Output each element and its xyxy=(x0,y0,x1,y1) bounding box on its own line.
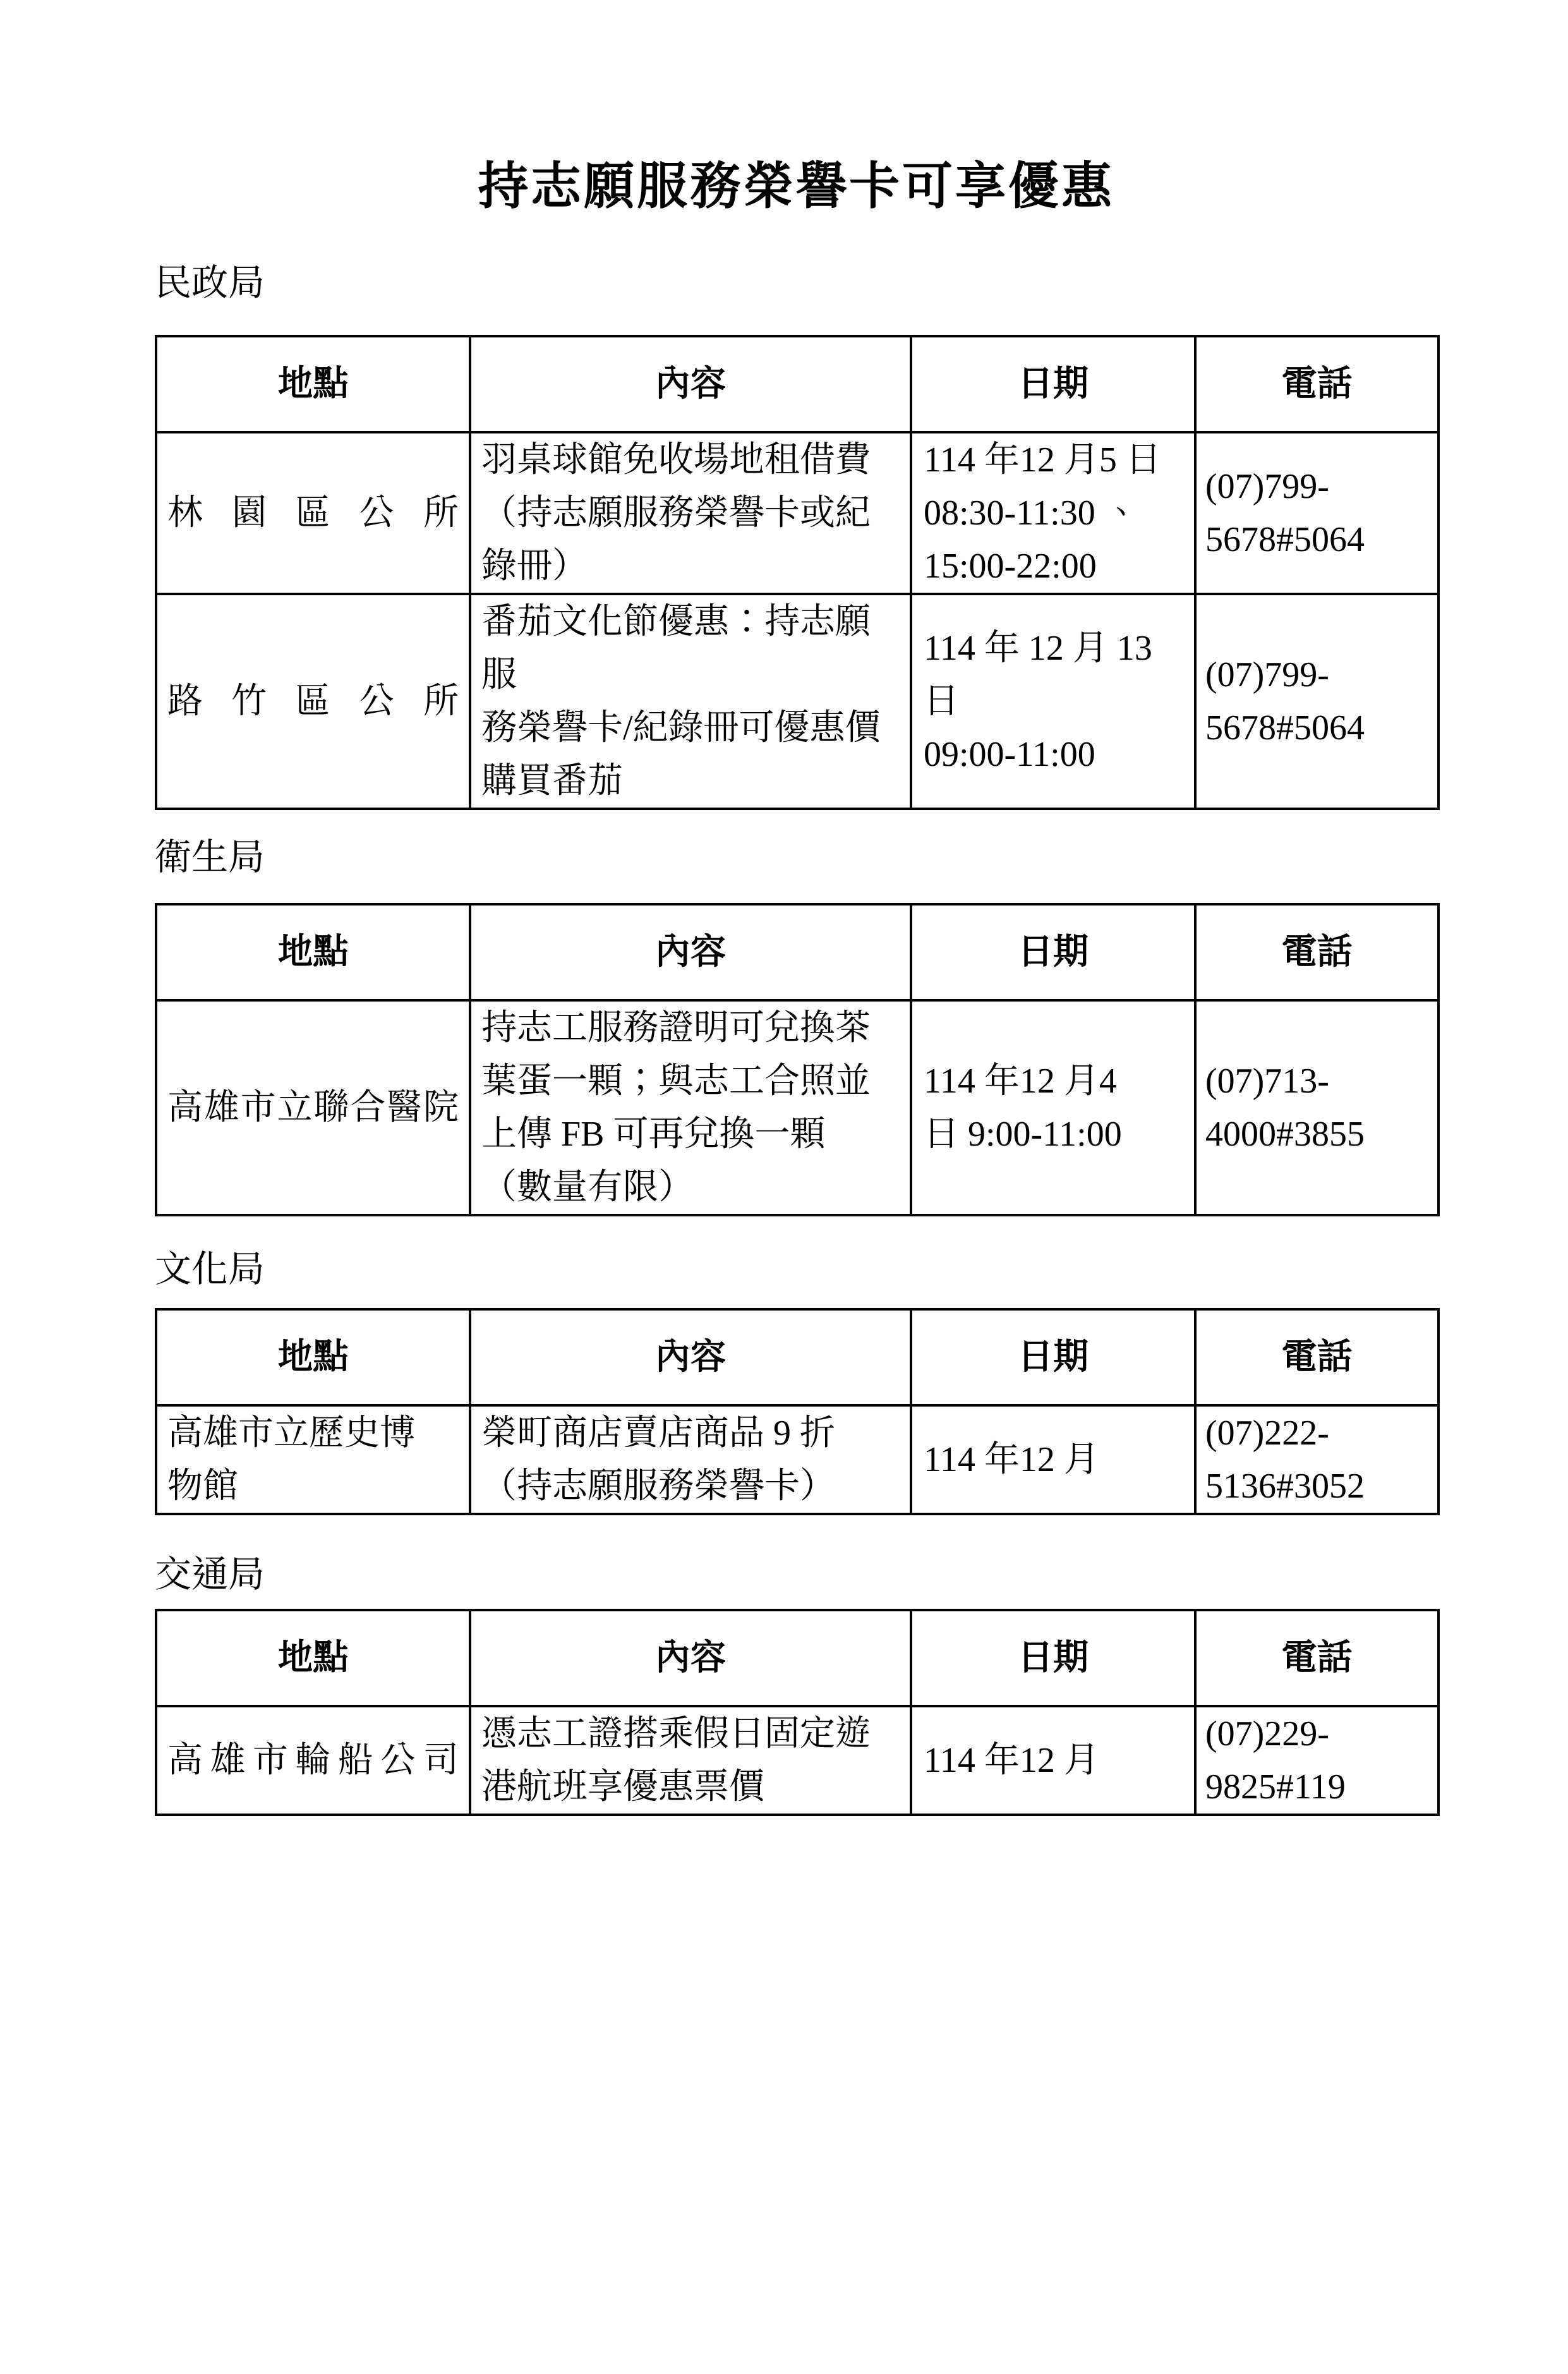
content-cell: 榮町商店賣店商品 9 折 （持志願服務榮譽卡） xyxy=(470,1405,911,1514)
content-cell: 羽桌球館免收場地租借費 （持志願服務榮譽卡或紀 錄冊） xyxy=(470,432,911,594)
column-header-content: 內容 xyxy=(470,1309,911,1405)
column-header-date: 日期 xyxy=(911,904,1195,1000)
section-label-civil-affairs: 民政局 xyxy=(155,257,1437,310)
date-cell: 114 年12 月 xyxy=(911,1405,1195,1514)
content-cell: 憑志工證搭乘假日固定遊 港航班享優惠票價 xyxy=(470,1706,911,1815)
location-cell: 高雄市輪船公司 xyxy=(156,1706,470,1815)
column-header-content: 內容 xyxy=(470,904,911,1000)
column-header-phone: 電話 xyxy=(1195,904,1438,1000)
date-cell: 114 年12 月 xyxy=(911,1706,1195,1815)
section-label-culture: 文化局 xyxy=(155,1243,1437,1296)
location-cell: 林 園 區 公 所 xyxy=(156,432,470,594)
content-cell: 番茄文化節優惠：持志願服 務榮譽卡/紀錄冊可優惠價 購買番茄 xyxy=(470,594,911,809)
table-header-row: 地點 內容 日期 電話 xyxy=(156,904,1438,1000)
table-row: 路 竹 區 公 所 番茄文化節優惠：持志願服 務榮譽卡/紀錄冊可優惠價 購買番茄… xyxy=(156,594,1438,809)
content-cell: 持志工服務證明可兌換茶 葉蛋一顆；與志工合照並 上傳 FB 可再兌換一顆 （數量… xyxy=(470,1000,911,1215)
date-cell: 114 年12 月5 日 08:30-11:30 、 15:00-22:00 xyxy=(911,432,1195,594)
benefits-table-transportation: 地點 內容 日期 電話 高雄市輪船公司 憑志工證搭乘假日固定遊 港航班享優惠票價… xyxy=(155,1609,1440,1816)
location-cell: 路 竹 區 公 所 xyxy=(156,594,470,809)
location-cell: 高雄市立聯合醫院 xyxy=(156,1000,470,1215)
table-row: 高雄市輪船公司 憑志工證搭乘假日固定遊 港航班享優惠票價 114 年12 月 (… xyxy=(156,1706,1438,1815)
column-header-content: 內容 xyxy=(470,1610,911,1706)
column-header-phone: 電話 xyxy=(1195,336,1438,432)
column-header-location: 地點 xyxy=(156,1610,470,1706)
date-cell: 114 年 12 月 13 日 09:00-11:00 xyxy=(911,594,1195,809)
column-header-location: 地點 xyxy=(156,336,470,432)
column-header-date: 日期 xyxy=(911,336,1195,432)
phone-cell: (07)229- 9825#119 xyxy=(1195,1706,1438,1815)
table-header-row: 地點 內容 日期 電話 xyxy=(156,1309,1438,1405)
table-row: 林 園 區 公 所 羽桌球館免收場地租借費 （持志願服務榮譽卡或紀 錄冊） 11… xyxy=(156,432,1438,594)
phone-cell: (07)799- 5678#5064 xyxy=(1195,432,1438,594)
page-content: 持志願服務榮譽卡可享優惠 民政局 地點 內容 日期 電話 林 園 區 公 所 羽… xyxy=(155,157,1437,1816)
table-header-row: 地點 內容 日期 電話 xyxy=(156,336,1438,432)
section-label-transportation: 交通局 xyxy=(155,1548,1437,1601)
column-header-content: 內容 xyxy=(470,336,911,432)
column-header-location: 地點 xyxy=(156,1309,470,1405)
column-header-phone: 電話 xyxy=(1195,1309,1438,1405)
section-label-health: 衛生局 xyxy=(155,831,1437,884)
page-title: 持志願服務榮譽卡可享優惠 xyxy=(155,157,1437,217)
phone-cell: (07)713- 4000#3855 xyxy=(1195,1000,1438,1215)
benefits-table-culture: 地點 內容 日期 電話 高雄市立歷史博 物館 榮町商店賣店商品 9 折 （持志願… xyxy=(155,1308,1440,1515)
column-header-date: 日期 xyxy=(911,1309,1195,1405)
date-cell: 114 年12 月4 日 9:00-11:00 xyxy=(911,1000,1195,1215)
phone-cell: (07)222- 5136#3052 xyxy=(1195,1405,1438,1514)
column-header-location: 地點 xyxy=(156,904,470,1000)
phone-cell: (07)799- 5678#5064 xyxy=(1195,594,1438,809)
table-header-row: 地點 內容 日期 電話 xyxy=(156,1610,1438,1706)
column-header-phone: 電話 xyxy=(1195,1610,1438,1706)
benefits-table-health: 地點 內容 日期 電話 高雄市立聯合醫院 持志工服務證明可兌換茶 葉蛋一顆；與志… xyxy=(155,903,1440,1216)
document-page: { "title": "持志願服務榮譽卡可享優惠", "headers": { … xyxy=(0,157,1568,2374)
table-row: 高雄市立聯合醫院 持志工服務證明可兌換茶 葉蛋一顆；與志工合照並 上傳 FB 可… xyxy=(156,1000,1438,1215)
column-header-date: 日期 xyxy=(911,1610,1195,1706)
location-cell: 高雄市立歷史博 物館 xyxy=(156,1405,470,1514)
benefits-table-civil-affairs: 地點 內容 日期 電話 林 園 區 公 所 羽桌球館免收場地租借費 （持志願服務… xyxy=(155,335,1440,810)
table-row: 高雄市立歷史博 物館 榮町商店賣店商品 9 折 （持志願服務榮譽卡） 114 年… xyxy=(156,1405,1438,1514)
